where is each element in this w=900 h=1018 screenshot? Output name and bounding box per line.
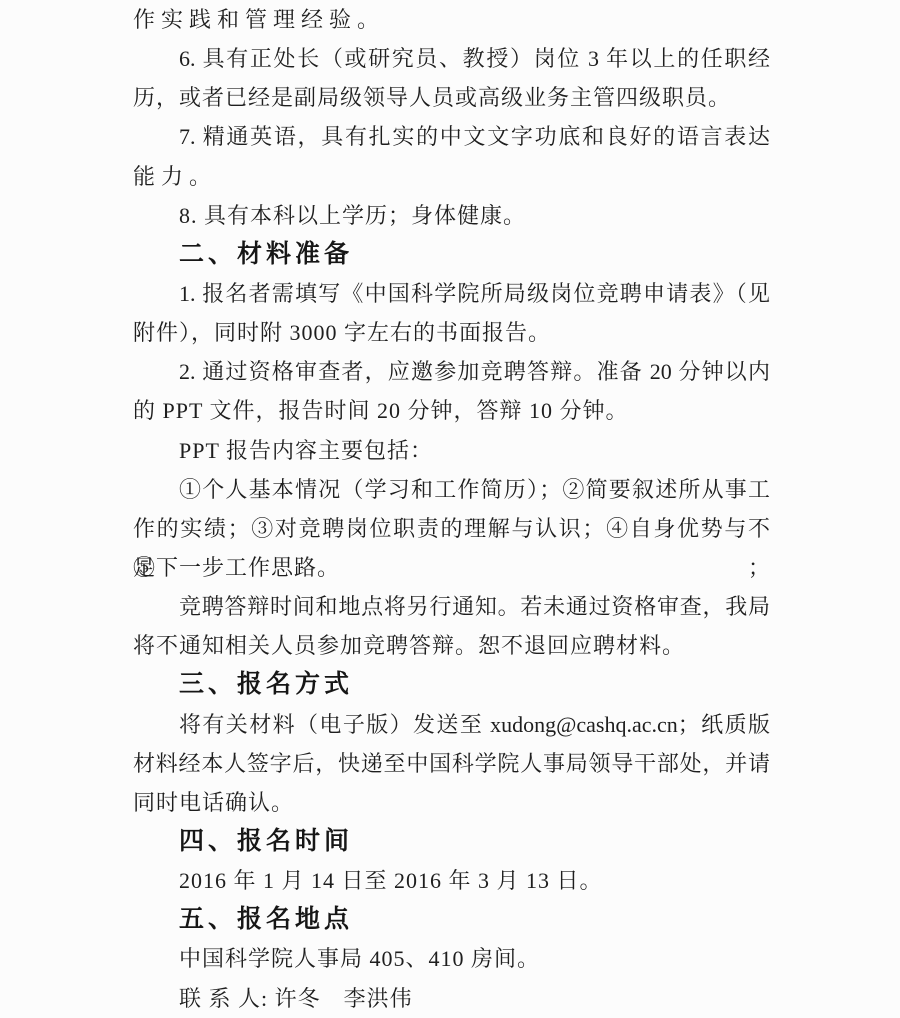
text-line: 1. 报名者需填写《中国科学院所局级岗位竞聘申请表》（见: [133, 274, 770, 313]
text-line: 材料经本人签字后，快递至中国科学院人事局领导干部处，并请: [133, 744, 770, 783]
text-line: 将不通知相关人员参加竞聘答辩。恕不退回应聘材料。: [133, 626, 770, 665]
text-line: 7. 精通英语，具有扎实的中文文字功底和良好的语言表达: [133, 117, 770, 156]
text-line: 作实践和管理经验。: [133, 0, 770, 39]
text-line: 附件），同时附 3000 字左右的书面报告。: [133, 313, 770, 352]
section-heading: 二、材料准备: [133, 235, 770, 274]
section-heading: 三、报名方式: [133, 665, 770, 704]
text-line: ①个人基本情况（学习和工作简历）；②简要叙述所从事工: [133, 470, 770, 509]
text-line: 8. 具有本科以上学历；身体健康。: [133, 196, 770, 235]
text-line: 作的实绩；③对竞聘岗位职责的理解与认识；④自身优势与不足；: [133, 509, 770, 548]
text-line: 联 系 人: 许冬 李洪伟: [133, 979, 770, 1018]
text-line: PPT 报告内容主要包括：: [133, 431, 770, 470]
text-line: 竞聘答辩时间和地点将另行通知。若未通过资格审查，我局: [133, 587, 770, 626]
section-heading: 四、报名时间: [133, 822, 770, 861]
text-line: 6. 具有正处长（或研究员、教授）岗位 3 年以上的任职经: [133, 39, 770, 78]
document-text-block: 作实践和管理经验。6. 具有正处长（或研究员、教授）岗位 3 年以上的任职经历，…: [133, 0, 770, 1018]
text-line: 2016 年 1 月 14 日至 2016 年 3 月 13 日。: [133, 861, 770, 900]
text-line: 历，或者已经是副局级领导人员或高级业务主管四级职员。: [133, 78, 770, 117]
document-page: 作实践和管理经验。6. 具有正处长（或研究员、教授）岗位 3 年以上的任职经历，…: [0, 0, 900, 1018]
text-line: 同时电话确认。: [133, 783, 770, 822]
section-heading: 五、报名地点: [133, 900, 770, 939]
text-line: 将有关材料（电子版）发送至 xudong@cashq.ac.cn；纸质版: [133, 705, 770, 744]
text-line: 2. 通过资格审查者，应邀参加竞聘答辩。准备 20 分钟以内: [133, 352, 770, 391]
text-line: 能力。: [133, 157, 770, 196]
text-line: 的 PPT 文件，报告时间 20 分钟，答辩 10 分钟。: [133, 391, 770, 430]
text-line: 中国科学院人事局 405、410 房间。: [133, 939, 770, 978]
